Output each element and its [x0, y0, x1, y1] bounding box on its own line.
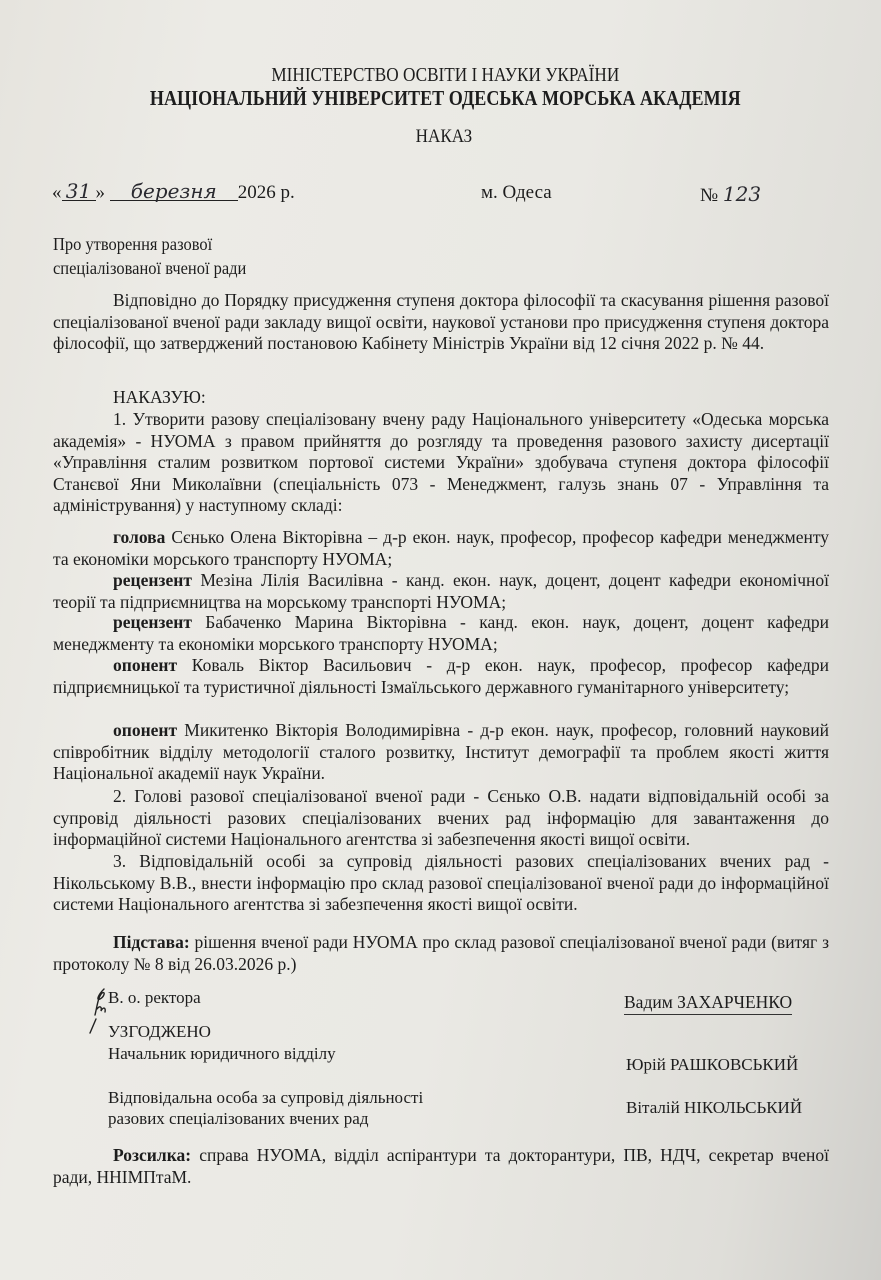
- date-day-handwritten: 31: [62, 182, 96, 201]
- distribution-paragraph: Розсилка: справа НУОМА, відділ аспіранту…: [53, 1145, 829, 1188]
- member-chair: голова Сєнько Олена Вікторівна – д-р еко…: [53, 527, 829, 570]
- order-item-1: 1. Утворити разову спеціалізовану вчену …: [53, 409, 829, 517]
- order-number-handwritten: 123: [723, 182, 761, 206]
- distribution-label: Розсилка:: [113, 1145, 191, 1165]
- date-close-quote: »: [96, 182, 106, 203]
- rector-name: Вадим ЗАХАРЧЕНКО: [624, 992, 792, 1015]
- order-city: м. Одеса: [481, 182, 552, 204]
- member-opponent-2: опонент Микитенко Вікторія Володимирівна…: [53, 720, 829, 785]
- member-reviewer-1: рецензент Мезіна Лілія Василівна - канд.…: [53, 570, 829, 613]
- member-reviewer-2: рецензент Бабаченко Марина Вікторівна - …: [53, 612, 829, 655]
- responsible-title-line-2: разових спеціалізованих вчених рад: [108, 1108, 423, 1129]
- order-item-3: 3. Відповідальній особі за супровід діял…: [53, 851, 829, 916]
- member-opponent-1: опонент Коваль Віктор Васильович - д-р е…: [53, 655, 829, 698]
- basis-label: Підстава:: [113, 932, 190, 952]
- order-word: НАКАЗУЮ:: [53, 387, 829, 409]
- responsible-person-name: Віталій НІКОЛЬСЬКИЙ: [626, 1098, 802, 1118]
- date-open-quote: «: [52, 182, 62, 203]
- document-type-title: НАКАЗ: [48, 126, 841, 148]
- member-role: рецензент: [113, 570, 192, 590]
- ministry-heading: МІНІСТЕРСТВО ОСВІТИ І НАУКИ УКРАЇНИ: [67, 64, 825, 87]
- member-details: Сєнько Олена Вікторівна – д-р екон. наук…: [53, 527, 829, 569]
- number-label: №: [700, 185, 718, 206]
- order-number: № 123: [700, 182, 761, 207]
- order-date: «31» березня2026 р.: [52, 182, 295, 204]
- basis-paragraph: Підстава: рішення вченої ради НУОМА про …: [53, 932, 829, 975]
- member-role: рецензент: [113, 612, 192, 632]
- preamble-paragraph: Відповідно до Порядку присудження ступен…: [53, 290, 829, 355]
- responsible-title-line-1: Відповідальна особа за супровід діяльнос…: [108, 1087, 423, 1108]
- date-month-handwritten: березня: [110, 182, 238, 201]
- legal-head-title: Начальник юридичного відділу: [108, 1044, 336, 1064]
- rector-title: В. о. ректора: [108, 988, 201, 1008]
- date-year: 2026 р.: [238, 182, 295, 203]
- order-subject: Про утворення разової спеціалізованої вч…: [53, 232, 246, 280]
- agreed-label: УЗГОДЖЕНО: [108, 1022, 211, 1042]
- subject-line-2: спеціалізованої вченої ради: [53, 256, 246, 280]
- responsible-person-title: Відповідальна особа за супровід діяльнос…: [108, 1087, 423, 1129]
- subject-line-1: Про утворення разової: [53, 232, 246, 256]
- member-role: опонент: [113, 720, 177, 740]
- order-item-2: 2. Голові разової спеціалізованої вченої…: [53, 786, 829, 851]
- order-document: МІНІСТЕРСТВО ОСВІТИ І НАУКИ УКРАЇНИ НАЦІ…: [0, 0, 881, 1280]
- member-role: голова: [113, 527, 165, 547]
- member-role: опонент: [113, 655, 177, 675]
- legal-head-name: Юрій РАШКОВСЬКИЙ: [626, 1055, 798, 1075]
- university-heading: НАЦІОНАЛЬНИЙ УНІВЕРСИТЕТ ОДЕСЬКА МОРСЬКА…: [67, 86, 825, 111]
